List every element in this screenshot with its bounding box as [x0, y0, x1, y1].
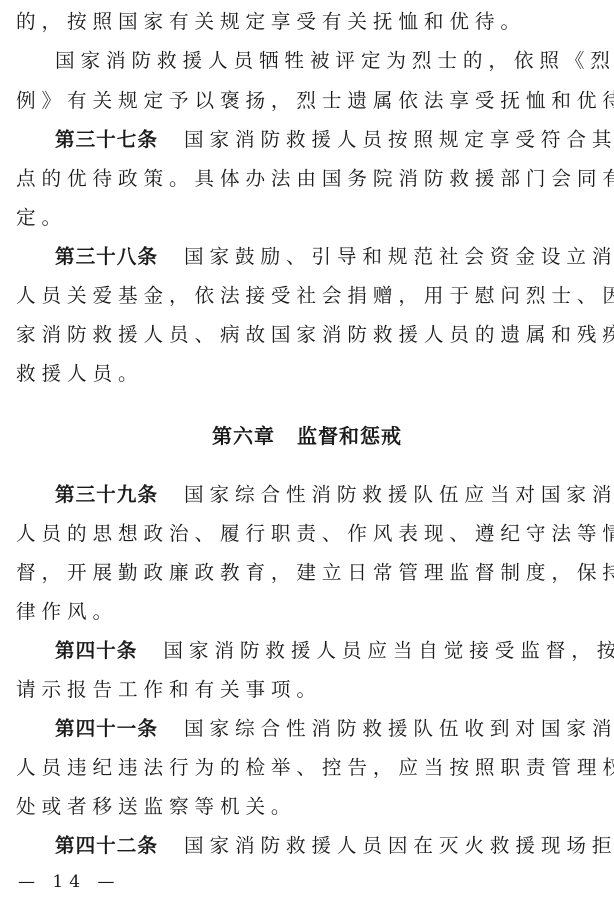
- article-number: 第四十条: [55, 639, 137, 662]
- article-39: 第三十九条国家综合性消防救援队伍应当对国家消防救援: [55, 480, 600, 510]
- article-number: 第四十二条: [55, 834, 158, 857]
- text-line: 律作风。: [16, 597, 600, 627]
- article-text: 国家消防救援人员因在灭火救援现场拒绝履行: [184, 834, 614, 857]
- chapter-heading: 第六章监督和惩戒: [0, 421, 614, 451]
- text-line: 人员的思想政治、履行职责、作风表现、遵纪守法等情况进行监: [16, 519, 600, 549]
- article-number: 第三十八条: [55, 245, 158, 268]
- article-text: 国家消防救援人员应当自觉接受监督，按照规定: [163, 639, 614, 662]
- text-line: 请示报告工作和有关事项。: [16, 675, 600, 705]
- text-line: 人员违纪违法行为的检举、控告，应当按照职责管理权限进行查: [16, 753, 600, 783]
- article-37: 第三十七条国家消防救援人员按照规定享受符合其职业特: [55, 125, 600, 155]
- article-number: 第三十七条: [55, 128, 158, 151]
- chapter-number: 第六章: [212, 424, 275, 448]
- page-number: — 14 —: [18, 870, 120, 894]
- article-42: 第四十二条国家消防救援人员因在灭火救援现场拒绝履行: [55, 831, 600, 861]
- article-number: 第四十一条: [55, 717, 158, 740]
- chapter-title: 监督和惩戒: [297, 424, 402, 448]
- text-line: 例》有关规定予以褒扬，烈士遗属依法享受抚恤和优待。: [16, 86, 600, 116]
- article-38: 第三十八条国家鼓励、引导和规范社会资金设立消防救援: [55, 242, 600, 272]
- text-line: 的，按照国家有关规定享受有关抚恤和优待。: [16, 7, 600, 37]
- text-line: 人员关爱基金，依法接受社会捐赠，用于慰问烈士、因公牺牲国: [16, 281, 600, 311]
- article-40: 第四十条国家消防救援人员应当自觉接受监督，按照规定: [55, 636, 600, 666]
- article-41: 第四十一条国家综合性消防救援队伍收到对国家消防救援: [55, 714, 600, 744]
- text-line: 督，开展勤政廉政教育，建立日常管理监督制度，保持严明的纪: [16, 558, 600, 588]
- article-text: 国家综合性消防救援队伍收到对国家消防救援: [184, 717, 614, 740]
- text-line: 处或者移送监察等机关。: [16, 792, 600, 822]
- article-text: 国家鼓励、引导和规范社会资金设立消防救援: [184, 245, 614, 268]
- paragraph-start: 国家消防救援人员牺牲被评定为烈士的，依照《烈士褒扬条: [55, 46, 600, 76]
- article-text: 国家消防救援人员按照规定享受符合其职业特: [184, 128, 614, 151]
- text-line: 救援人员。: [16, 359, 600, 389]
- article-text: 国家综合性消防救援队伍应当对国家消防救援: [184, 483, 614, 506]
- text-line: 点的优待政策。具体办法由国务院消防救援部门会同有关部门制: [16, 164, 600, 194]
- text-line: 家消防救援人员、病故国家消防救援人员的遗属和残疾国家消防: [16, 320, 600, 350]
- article-number: 第三十九条: [55, 483, 158, 506]
- text-line: 定。: [16, 203, 600, 233]
